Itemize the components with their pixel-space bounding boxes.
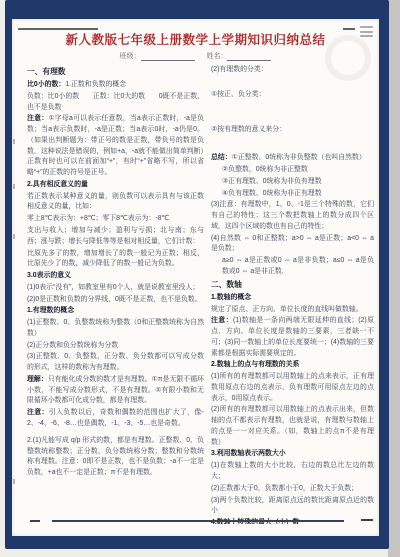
- paragraph: ②负整数、0统称为非正整数: [211, 165, 374, 176]
- paragraph: 2.数轴上的点与有理数的关系: [211, 360, 374, 371]
- paragraph: 1.有理数的概念: [27, 306, 204, 317]
- right-column: (2)有理数的分类：①按正、负分类：②按有理数的意义来分：总结：①正整数、0统称…: [211, 65, 374, 524]
- page-title: 新人教版七年级上册数学上学期知识归纳总结: [12, 19, 379, 48]
- photo-edge-shadow: [388, 0, 400, 557]
- paragraph: (2)有理数的分类：: [211, 65, 374, 76]
- hamburger-menu-icon[interactable]: [360, 26, 374, 40]
- paragraph: 注意：①字母a可以表示任意数，当a表示正数时，-a是负数；当a表示负数时，-a是…: [27, 114, 204, 179]
- document-content: 一、有理数比0小的数：1.正数和负数的概念负数：比0小的数 正数：比0大的数 0…: [27, 65, 374, 524]
- binding-mark: [13, 139, 15, 144]
- bottom-rule: [52, 520, 344, 522]
- paragraph: 负数：比0小的数 正数：比0大的数 0既不是正数，也不是负数: [27, 92, 204, 114]
- paragraph: 零上8℃表示为：+8℃；零下8℃表示为：-8℃: [27, 214, 204, 225]
- top-rule-right: [343, 28, 355, 30]
- paragraph: ③正有理数、0统称为非负有理数: [211, 177, 374, 188]
- paragraph: (1)正整数、0、负整数统称为整数（0和正整数统称为自然数）: [27, 318, 204, 340]
- paragraph: ②按有理数的意义来分：: [211, 125, 374, 136]
- paragraph: (3)正整数、0、负整数、正分数、负分数都可以写成分数的形式，这样的数称为有理数…: [27, 352, 204, 374]
- paragraph: 3.利用数轴表示两数大小: [211, 449, 374, 460]
- paragraph: (1)0表示“没有”，如教室里有0个人，就是说教室里没人；: [27, 283, 204, 294]
- class-label: 班级：: [120, 53, 141, 60]
- paragraph: 3.0表示的意义: [27, 271, 204, 282]
- paragraph: ④负有理数、0统称为非正有理数: [211, 189, 374, 200]
- paragraph: 注意：引入负数以后，奇数和偶数的范围也扩大了，像-2、-4、-6、-8…也是偶数…: [27, 408, 204, 430]
- binding-mark: [13, 479, 15, 484]
- paragraph: 若正数表示某种意义的量，则负数可以表示具有与该正数相反意义的量，比如：: [27, 192, 204, 214]
- paragraph: 理解：只有能化成分数的数才是有理数。①π是无限不循环小数，不能写成分数形式，不是…: [27, 375, 204, 407]
- paragraph: 2.(1)凡能写成 q/p 形式的数，都是有理数。正整数、0、负整数统称整数；正…: [27, 436, 204, 479]
- section-heading: 二、数轴: [211, 279, 374, 291]
- paragraph: (2)所有的有理数都可以用数轴上的点表示出来，但数轴的点不都表示有理数，也就是说…: [211, 405, 374, 448]
- name-label: 姓名：: [206, 53, 227, 60]
- paragraph: ①按正、负分类：: [211, 90, 374, 101]
- paragraph: 2.具有相反意义的量: [27, 180, 204, 191]
- left-column: 一、有理数比0小的数：1.正数和负数的概念负数：比0小的数 正数：比0大的数 0…: [27, 65, 204, 524]
- paragraph: (3)两个负数比较，距离原点远的数比距离原点近的数小: [211, 496, 374, 518]
- bottom-rule-dash-left: [30, 520, 40, 522]
- bottom-rule-dash-right: [361, 519, 373, 521]
- class-blank-line: [141, 54, 195, 61]
- paragraph: (4)自然数 ⇔ 0和正整数；a>0 ⇔ a是正数；a<0 ⇔ a是负数；: [211, 234, 374, 256]
- binding-mark: [13, 234, 15, 239]
- paragraph: 比原先多了的数，增加增长了的数一般记为正数；相反，比原先少了的数，减少降低了的数…: [27, 249, 204, 271]
- paragraph: 支出与收入；增加与减少；盈利与亏损；北与南；东与西；涨与跌；增长与降低等等是相对…: [27, 226, 204, 248]
- paragraph: a≥0 ⇔ a是正数或0 ⇔ a是非负数；a≤0 ⇔ a是负数或0 ⇔ a是非正…: [211, 256, 374, 278]
- paragraph: 总结：①正整数、0统称为非负整数（也叫自然数）: [211, 153, 374, 164]
- paragraph: (2)正分数和负分数统称为分数: [27, 341, 204, 352]
- paragraph: 注意：(1)数轴是一条向两端无限延伸的直线；(2)原点、方向、单位长度是数轴的三…: [211, 316, 374, 359]
- paragraph: (2)正数都大于0，负数都小于0，正数大于负数；: [211, 484, 374, 495]
- paragraph: (2)0是正数和负数的分界线，0既不是正数，也不是负数。: [27, 295, 204, 306]
- binding-mark: [13, 184, 15, 189]
- name-blank-line: [227, 54, 271, 61]
- paragraph: 规定了原点、正方向、单位长度的直线叫做数轴。: [211, 305, 374, 316]
- paragraph: (1)所有的有理数都可以用数轴上的点来表示，正有理数用原点右边的点表示，负有理数…: [211, 372, 374, 404]
- paragraph: (1)在数轴上数的大小比较，右边的数总比左边的数大；: [211, 461, 374, 483]
- section-heading: 一、有理数: [27, 66, 204, 78]
- document-page: 新人教版七年级上册数学上学期知识归纳总结 班级： 姓名： 一、有理数比0小的数：…: [12, 19, 379, 536]
- paragraph: 1.数轴的概念: [211, 293, 374, 304]
- class-name-fields: 班级： 姓名：: [12, 51, 379, 61]
- top-rule-left: [18, 28, 98, 30]
- paragraph: (3)注意：有理数中，1、0、-1是三个特殊的数，它们有自己的特性；这三个数把数…: [211, 200, 374, 232]
- paragraph: 比0小的数：1.正数和负数的概念: [27, 80, 204, 91]
